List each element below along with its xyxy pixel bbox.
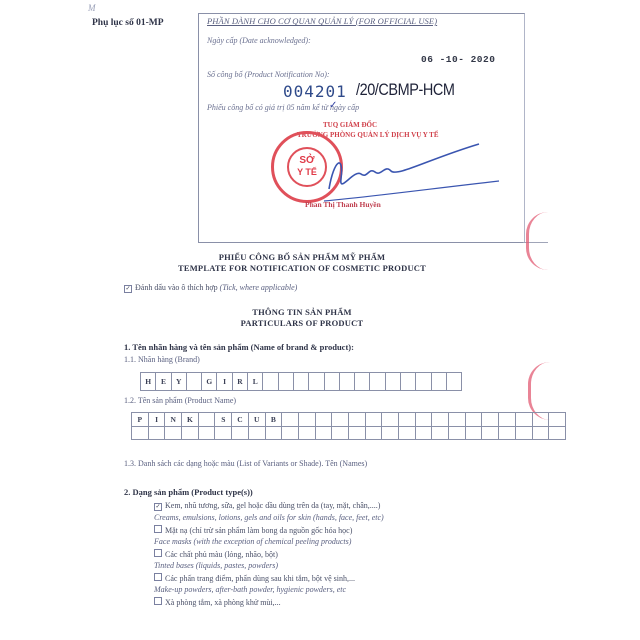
tick-note-vi: Đánh dấu vào ô thích hợp (135, 283, 218, 292)
product-type-option-4[interactable]: Xà phòng tắm, xà phòng khử mùi,... (154, 597, 281, 607)
char-cell (549, 426, 566, 440)
product-type-option-1[interactable]: Mặt nạ (chỉ trừ sản phẩm làm bong da ngu… (154, 525, 352, 535)
notification-label: Số công bố (Product Notification No): (207, 70, 330, 79)
char-cell: I (149, 412, 166, 427)
char-cell (466, 426, 483, 440)
date-acknowledged-label: Ngày cấp (Date acknowledged): (207, 36, 311, 45)
char-cell (416, 426, 433, 440)
char-cell (449, 412, 466, 427)
char-cell (416, 372, 431, 391)
char-cell (382, 426, 399, 440)
char-cell (182, 426, 199, 440)
char-cell: P (131, 412, 149, 427)
particulars-title-en: PARTICULARS OF PRODUCT (0, 318, 622, 328)
char-cell (432, 372, 447, 391)
char-cell (533, 426, 550, 440)
notification-suffix: /20/CBMP-HCM (356, 80, 454, 100)
char-cell (249, 426, 266, 440)
product-type-option-0[interactable]: ✓Kem, nhũ tương, sữa, gel hoặc dầu dùng … (154, 501, 380, 511)
char-cell (279, 372, 294, 391)
corner-mark: M (88, 3, 96, 13)
char-cell: N (165, 412, 182, 427)
signer-name: Phan Thị Thanh Huyền (305, 200, 381, 209)
char-cell (149, 426, 166, 440)
checked-box-icon[interactable]: ✓ (154, 503, 162, 511)
char-cell (399, 426, 416, 440)
char-cell (187, 372, 202, 391)
checked-box-icon: ✓ (124, 285, 132, 293)
char-cell (432, 426, 449, 440)
char-cell (332, 412, 349, 427)
char-cell: G (202, 372, 217, 391)
official-use-box: PHẦN DÀNH CHO CƠ QUAN QUẢN LÝ (FOR OFFIC… (198, 13, 525, 243)
tick-note: ✓Đánh dấu vào ô thích hợp (Tick, where a… (124, 283, 297, 293)
document-title-vi: PHIẾU CÔNG BỐ SẢN PHẨM MỸ PHẨM (0, 252, 622, 262)
char-cell (499, 426, 516, 440)
char-cell (232, 426, 249, 440)
checkbox-icon[interactable] (154, 549, 162, 557)
char-cell: B (266, 412, 283, 427)
document-title-en: TEMPLATE FOR NOTIFICATION OF COSMETIC PR… (0, 263, 622, 273)
char-cell (399, 412, 416, 427)
signature-icon (309, 139, 509, 209)
brand-grid: HEYGIRL (140, 372, 462, 391)
char-cell (263, 372, 278, 391)
product-name-grid-row2 (131, 426, 566, 440)
tick-mark-icon: ✓ (329, 100, 337, 111)
char-cell (294, 372, 309, 391)
char-cell (370, 372, 385, 391)
char-cell (355, 372, 370, 391)
char-cell: C (232, 412, 249, 427)
char-cell (549, 412, 566, 427)
notification-number: 004201 (283, 82, 347, 101)
char-cell (199, 412, 216, 427)
product-type-option-2[interactable]: Các chất phủ màu (lỏng, nhão, bột) (154, 549, 278, 559)
char-cell (466, 412, 483, 427)
tick-note-en: (Tick, where applicable) (220, 283, 298, 292)
brand-label: 1.1. Nhãn hàng (Brand) (124, 355, 200, 364)
section2-heading: 2. Dạng sản phẩm (Product type(s)) (124, 487, 253, 497)
char-cell (449, 426, 466, 440)
char-cell (332, 426, 349, 440)
char-cell (349, 426, 366, 440)
date-acknowledged-value: 06 -10- 2020 (421, 54, 495, 65)
option-label-en: Tinted bases (liquids, pastes, powders) (154, 561, 278, 570)
char-cell (325, 372, 340, 391)
option-label-vi: Kem, nhũ tương, sữa, gel hoặc dầu dùng t… (165, 501, 380, 510)
char-cell (416, 412, 433, 427)
char-cell (386, 372, 401, 391)
option-label-vi: Mặt nạ (chỉ trừ sản phẩm làm bong da ngu… (165, 526, 352, 535)
char-cell: I (217, 372, 232, 391)
product-name-label: 1.2. Tên sản phẩm (Product Name) (124, 396, 236, 405)
char-cell (366, 412, 383, 427)
char-cell (366, 426, 383, 440)
char-cell (215, 426, 232, 440)
particulars-title-vi: THÔNG TIN SẢN PHẨM (0, 307, 622, 317)
section1-heading: 1. Tên nhãn hàng và tên sản phẩm (Name o… (124, 342, 354, 352)
option-label-en: Face masks (with the exception of chemic… (154, 537, 351, 546)
char-cell (382, 412, 399, 427)
variants-label: 1.3. Danh sách các dạng hoặc màu (List o… (124, 459, 367, 468)
char-cell (482, 426, 499, 440)
option-label-en: Make-up powders, after-bath powder, hygi… (154, 585, 346, 594)
char-cell (316, 412, 333, 427)
char-cell: E (156, 372, 171, 391)
option-label-vi: Xà phòng tắm, xà phòng khử mùi,... (165, 598, 281, 607)
checkbox-icon[interactable] (154, 597, 162, 605)
char-cell (199, 426, 216, 440)
char-cell (447, 372, 462, 391)
char-cell: R (233, 372, 248, 391)
char-cell: L (248, 372, 263, 391)
char-cell (309, 372, 324, 391)
char-cell (340, 372, 355, 391)
checkbox-icon[interactable] (154, 573, 162, 581)
char-cell (299, 412, 316, 427)
char-cell: H (140, 372, 156, 391)
char-cell (131, 426, 149, 440)
char-cell (282, 412, 299, 427)
char-cell (516, 412, 533, 427)
char-cell: Y (172, 372, 187, 391)
char-cell: S (215, 412, 232, 427)
char-cell: K (182, 412, 199, 427)
option-label-vi: Các phấn trang điểm, phấn dùng sau khi t… (165, 574, 355, 583)
char-cell (349, 412, 366, 427)
appendix-label: Phụ lục số 01-MP (92, 18, 164, 28)
char-cell (432, 412, 449, 427)
option-label-en: Creams, emulsions, lotions, gels and oil… (154, 513, 384, 522)
char-cell (316, 426, 333, 440)
char-cell (401, 372, 416, 391)
char-cell (266, 426, 283, 440)
char-cell: U (249, 412, 266, 427)
char-cell (533, 412, 550, 427)
option-label-vi: Các chất phủ màu (lỏng, nhão, bột) (165, 550, 278, 559)
char-cell (165, 426, 182, 440)
char-cell (516, 426, 533, 440)
product-name-grid: PINKSCUB (131, 412, 566, 427)
signer-title-1: TUQ GIÁM ĐỐC (323, 121, 377, 129)
official-use-title: PHẦN DÀNH CHO CƠ QUAN QUẢN LÝ (FOR OFFIC… (207, 16, 437, 26)
char-cell (299, 426, 316, 440)
char-cell (482, 412, 499, 427)
char-cell (282, 426, 299, 440)
char-cell (499, 412, 516, 427)
product-type-option-3[interactable]: Các phấn trang điểm, phấn dùng sau khi t… (154, 573, 355, 583)
checkbox-icon[interactable] (154, 525, 162, 533)
